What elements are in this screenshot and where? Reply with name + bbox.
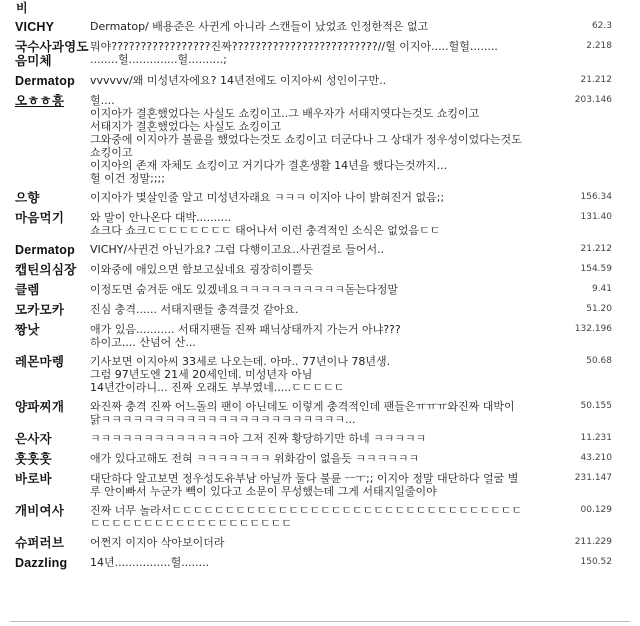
comment-row: Dazzling 14년................헐........ 15…	[15, 553, 620, 573]
comment-author[interactable]: 은사자	[15, 432, 90, 446]
comment-ip: 211.229	[525, 536, 620, 549]
comment-text: 애가 있음........... 서태지팬들 진짜 패닉상태까지 가는거 아냐?…	[90, 323, 525, 349]
comment-row: 마음먹기 와 말이 안나온다 대박.......... 쇼크다 쇼크ㄷㄷㄷㄷㄷㄷ…	[15, 208, 620, 240]
comment-row: 양파찌개 와진짜 충격 진짜 어느돌의 팬이 아닌데도 이렇게 충격적인데 팬들…	[15, 397, 620, 429]
comment-author[interactable]: 슈퍼러브	[15, 536, 90, 550]
comment-text: 와 말이 안나온다 대박.......... 쇼크다 쇼크ㄷㄷㄷㄷㄷㄷㄷㄷ 태어…	[90, 211, 525, 237]
comment-text: 이정도면 숨겨둔 애도 있겠네요ㅋㅋㅋㅋㅋㅋㅋㅋㅋㅋ돋는다정말	[90, 283, 525, 296]
comment-text: 이와중에 애있으면 함보고싶네요 굉장히이쁠듯	[90, 263, 525, 276]
list-bottom-divider	[10, 621, 630, 622]
comment-ip: 2.218	[525, 40, 620, 53]
comment-ip: 21.212	[525, 74, 620, 87]
comment-ip: 11.231	[525, 432, 620, 445]
comment-row: 국수사과영도음미체 뭐야?????????????????진짜?????????…	[15, 37, 620, 71]
comment-author-link[interactable]: 오ㅎㅎ흥	[15, 94, 90, 108]
comment-author[interactable]: 바로바	[15, 472, 90, 486]
comment-row: 클렘 이정도면 숨겨둔 애도 있겠네요ㅋㅋㅋㅋㅋㅋㅋㅋㅋㅋ돋는다정말 9.41	[15, 280, 620, 300]
comment-author[interactable]: 클렘	[15, 283, 90, 297]
comment-text: 대단하다 알고보면 정우성도유부남 아닐까 둘다 불륜 ㅡㅜ;; 이지아 정말 …	[90, 472, 525, 498]
comment-text: 애가 있다고해도 전혀 ㅋㅋㅋㅋㅋㅋㅋ 위화감이 없을듯 ㅋㅋㅋㅋㅋㅋ	[90, 452, 525, 465]
comment-author[interactable]: Dermatop	[15, 243, 90, 257]
comment-ip: 132.196	[525, 323, 620, 336]
comment-text: 14년................헐........	[90, 556, 525, 569]
comment-text: 와진짜 충격 진짜 어느돌의 팬이 아닌데도 이렇게 충격적인데 팬들은ㅠㅠㅠ와…	[90, 400, 525, 426]
comment-ip: 150.52	[525, 556, 620, 569]
comment-board: 비 VICHY Dermatop/ 배용준은 사귄게 아니라 스캔들이 났었죠 …	[15, 0, 620, 573]
comment-author[interactable]: 캡틴의심장	[15, 263, 90, 277]
comment-row: Dermatop vvvvvv/왜 미성년자에요? 14년전에도 이지아씨 성인…	[15, 71, 620, 91]
comment-text: Dermatop/ 배용준은 사귄게 아니라 스캔들이 났었죠 인정한적은 없고	[90, 20, 525, 33]
comment-row: 바로바 대단하다 알고보면 정우성도유부남 아닐까 둘다 불륜 ㅡㅜ;; 이지아…	[15, 469, 620, 501]
comment-ip: 131.40	[525, 211, 620, 224]
comment-text: 뭐야?????????????????진짜???????????????????…	[90, 40, 525, 66]
comment-row: 슈퍼러브 어쩐지 이지아 삭아보이더라 211.229	[15, 533, 620, 553]
comment-author[interactable]: Dazzling	[15, 556, 90, 570]
comment-ip: 00.129	[525, 504, 620, 517]
comment-ip: 50.68	[525, 355, 620, 368]
comment-row: 개비여사 진짜 너무 놀라서ㄷㄷㄷㄷㄷㄷㄷㄷㄷㄷㄷㄷㄷㄷㄷㄷㄷㄷㄷㄷㄷㄷㄷㄷㄷㄷ…	[15, 501, 620, 533]
comment-author[interactable]: 양파찌개	[15, 400, 90, 414]
comment-author[interactable]: 마음먹기	[15, 211, 90, 225]
comment-author[interactable]: 모카모카	[15, 303, 90, 317]
comment-author[interactable]: 비	[16, 1, 28, 15]
comment-text: 이지아가 몇살인줄 알고 미성년자래요 ㅋㅋㅋ 이지아 나이 밝혀진거 없음;;	[90, 191, 525, 204]
comment-ip: 50.155	[525, 400, 620, 413]
comment-author[interactable]: 레몬마렝	[15, 355, 90, 369]
comment-author[interactable]: 으향	[15, 191, 90, 205]
comment-author[interactable]: VICHY	[15, 20, 90, 34]
comment-ip: 43.210	[525, 452, 620, 465]
comment-text: 진심 충격...... 서태지팬들 충격클것 같아요.	[90, 303, 525, 316]
comment-row: 모카모카 진심 충격...... 서태지팬들 충격클것 같아요. 51.20	[15, 300, 620, 320]
comment-ip: 62.3	[525, 20, 620, 33]
comment-row: Dermatop VICHY/사귄건 아닌가요? 그럼 다행이고요..사귄걸로 …	[15, 240, 620, 260]
comment-ip: 9.41	[525, 283, 620, 296]
comment-ip: 203.146	[525, 94, 620, 107]
comment-row: 짱낫 애가 있음........... 서태지팬들 진짜 패닉상태까지 가는거 …	[15, 320, 620, 352]
comment-text: 진짜 너무 놀라서ㄷㄷㄷㄷㄷㄷㄷㄷㄷㄷㄷㄷㄷㄷㄷㄷㄷㄷㄷㄷㄷㄷㄷㄷㄷㄷㄷㄷㄷㄷㄷ…	[90, 504, 525, 530]
comment-row: 캡틴의심장 이와중에 애있으면 함보고싶네요 굉장히이쁠듯 154.59	[15, 260, 620, 280]
comment-row: 은사자 ㅋㅋㅋㅋㅋㅋㅋㅋㅋㅋㅋㅋㅋ아 그저 진짜 황당하기만 하네 ㅋㅋㅋㅋㅋ …	[15, 429, 620, 449]
comment-author[interactable]: 국수사과영도음미체	[15, 40, 90, 68]
comment-author[interactable]: 개비여사	[15, 504, 90, 518]
comment-row: 으향 이지아가 몇살인줄 알고 미성년자래요 ㅋㅋㅋ 이지아 나이 밝혀진거 없…	[15, 188, 620, 208]
comment-row: 레몬마렝 기사보면 이지아씨 33세로 나오는데. 아마.. 77년이나 78년…	[15, 352, 620, 397]
partial-comment-row: 비	[15, 0, 620, 16]
comment-row: VICHY Dermatop/ 배용준은 사귄게 아니라 스캔들이 났었죠 인정…	[15, 16, 620, 37]
comment-text: ㅋㅋㅋㅋㅋㅋㅋㅋㅋㅋㅋㅋㅋ아 그저 진짜 황당하기만 하네 ㅋㅋㅋㅋㅋ	[90, 432, 525, 445]
comment-ip: 156.34	[525, 191, 620, 204]
comment-author[interactable]: Dermatop	[15, 74, 90, 88]
comment-author[interactable]: 훗훗훗	[15, 452, 90, 466]
comment-ip: 21.212	[525, 243, 620, 256]
comment-row: 훗훗훗 애가 있다고해도 전혀 ㅋㅋㅋㅋㅋㅋㅋ 위화감이 없을듯 ㅋㅋㅋㅋㅋㅋ …	[15, 449, 620, 469]
comment-text: 기사보면 이지아씨 33세로 나오는데. 아마.. 77년이나 78년생. 그럼…	[90, 355, 525, 394]
comment-ip: 231.147	[525, 472, 620, 485]
comment-text: 어쩐지 이지아 삭아보이더라	[90, 536, 525, 549]
comment-ip: 51.20	[525, 303, 620, 316]
comment-list: VICHY Dermatop/ 배용준은 사귄게 아니라 스캔들이 났었죠 인정…	[15, 16, 620, 573]
comment-ip: 154.59	[525, 263, 620, 276]
comment-text: 헐.... 이지아가 결혼했었다는 사실도 쇼킹이고..그 배우자가 서태지엿다…	[90, 94, 525, 185]
comment-text: vvvvvv/왜 미성년자에요? 14년전에도 이지아씨 성인이구만..	[90, 74, 525, 87]
comment-row: 오ㅎㅎ흥 헐.... 이지아가 결혼했었다는 사실도 쇼킹이고..그 배우자가 …	[15, 91, 620, 188]
comment-author[interactable]: 짱낫	[15, 323, 90, 337]
comment-text: VICHY/사귄건 아닌가요? 그럼 다행이고요..사귄걸로 들어서..	[90, 243, 525, 256]
